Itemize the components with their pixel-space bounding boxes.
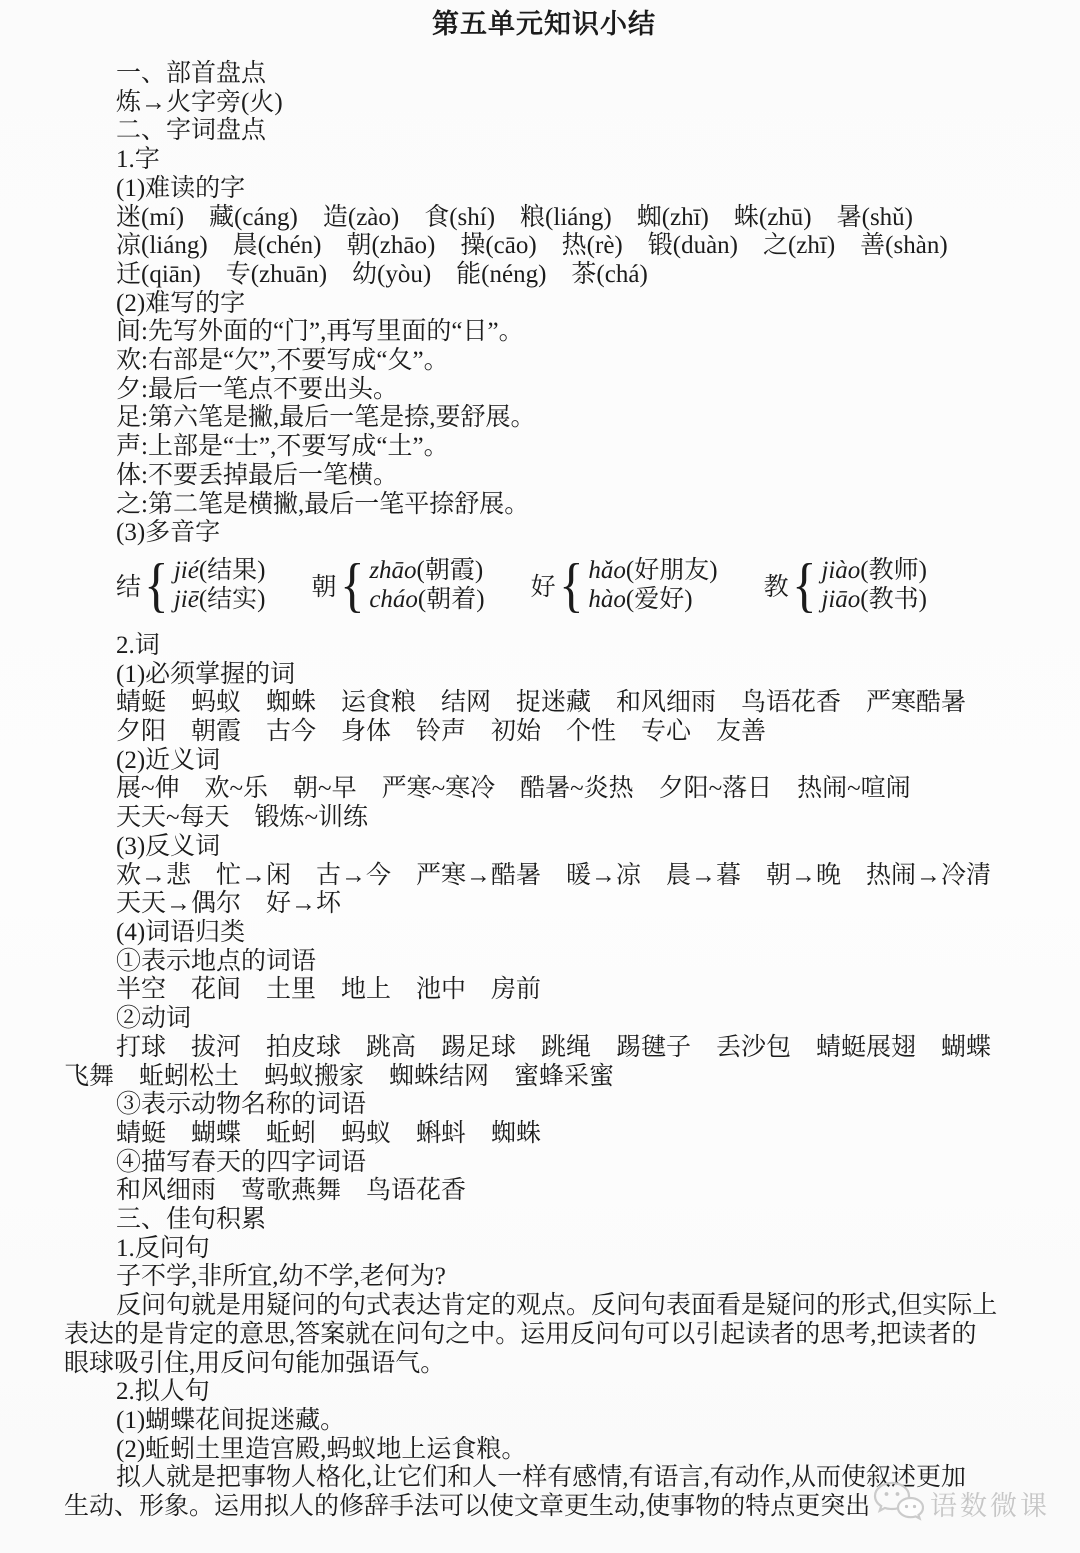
polyphonic-characters-block: 结 { jié(结果) jiē(结实) 朝 { zhāo(朝霞) cháo(朝着… bbox=[116, 556, 1024, 614]
heading-line: (1)必须掌握的词 bbox=[116, 661, 1024, 690]
heading-line: ②动词 bbox=[116, 1005, 1024, 1034]
pronunciation-entry: hǎo(好朋友) bbox=[588, 556, 717, 585]
word-list-line: 飞舞 蚯蚓松土 蚂蚁搬家 蜘蛛结网 蜜蜂采蜜 bbox=[64, 1063, 1024, 1092]
pinyin: hǎo bbox=[588, 557, 626, 584]
pronunciation-entry: jié(结果) bbox=[174, 556, 266, 585]
pronunciation-entry: jiào(教师) bbox=[821, 556, 927, 585]
example-word: (爱好) bbox=[626, 586, 693, 613]
example-word: (教师) bbox=[860, 557, 927, 584]
pinyin: jié bbox=[174, 557, 199, 584]
example-word: (结实) bbox=[199, 586, 266, 613]
heading-line: (3)反义词 bbox=[116, 833, 1024, 862]
pinyin: cháo bbox=[369, 586, 418, 613]
document-page: 第五单元知识小结 一、部首盘点 炼→火字旁(火) 二、字词盘点 1.字 (1)难… bbox=[0, 0, 1080, 1522]
brace-glyph: { bbox=[144, 556, 168, 614]
word-list-line: 展~伸 欢~乐 朝~早 严寒~寒冷 酷暑~炎热 夕阳~落日 热闹~喧闹 bbox=[116, 775, 1024, 804]
pinyin: hào bbox=[588, 586, 626, 613]
polyphonic-char: 结 bbox=[116, 567, 141, 603]
text-line: 之:第二笔是横撇,最后一笔平捺舒展。 bbox=[116, 491, 1024, 520]
polyphonic-char: 朝 bbox=[311, 567, 336, 603]
text-line: 炼→火字旁(火) bbox=[116, 89, 1024, 118]
word-list-line: 迁(qiān) 专(zhuān) 幼(yòu) 能(néng) 茶(chá) bbox=[116, 261, 1024, 290]
text-line: 眼球吸引住,用反问句能加强语气。 bbox=[64, 1350, 1024, 1379]
word-list-line: 迷(mí) 藏(cáng) 造(zào) 食(shí) 粮(liáng) 蜘(z… bbox=[116, 204, 1024, 233]
word-list-line: 半空 花间 土里 地上 池中 房前 bbox=[116, 976, 1024, 1005]
heading-line: 一、部首盘点 bbox=[116, 60, 1024, 89]
heading-line: 1.字 bbox=[116, 146, 1024, 175]
pronunciation-entry: jiāo(教书) bbox=[821, 585, 927, 614]
text-line: 声:上部是“士”,不要写成“土”。 bbox=[116, 433, 1024, 462]
word-list-line: 欢→悲 忙→闲 古→今 严寒→酷暑 暖→凉 晨→暮 朝→晚 热闹→冷清 bbox=[116, 862, 1024, 891]
pronunciation-entry: hào(爱好) bbox=[588, 585, 717, 614]
heading-line: ①表示地点的词语 bbox=[116, 948, 1024, 977]
pinyin: jiāo bbox=[821, 586, 860, 613]
example-word: (朝霞) bbox=[417, 557, 484, 584]
text-line: 夕:最后一笔点不要出头。 bbox=[116, 376, 1024, 405]
heading-line: 三、佳句积累 bbox=[116, 1206, 1024, 1235]
page-title: 第五单元知识小结 bbox=[64, 6, 1024, 42]
heading-line: 2.词 bbox=[116, 632, 1024, 661]
pronunciation-entry: jiē(结实) bbox=[174, 585, 266, 614]
text-line: 生动、形象。运用拟人的修辞手法可以使文章更生动,使事物的特点更突出 bbox=[64, 1493, 1024, 1522]
text-line: 表达的是肯定的意思,答案就在问句之中。运用反问句可以引起读者的思考,把读者的 bbox=[64, 1321, 1024, 1350]
word-list-line: 凉(liáng) 晨(chén) 朝(zhāo) 操(cāo) 热(rè) 锻(… bbox=[116, 232, 1024, 261]
example-word: (朝着) bbox=[418, 586, 485, 613]
word-list-line: 和风细雨 莺歌燕舞 鸟语花香 bbox=[116, 1177, 1024, 1206]
heading-line: 1.反问句 bbox=[116, 1235, 1024, 1264]
heading-line: (2)近义词 bbox=[116, 747, 1024, 776]
example-word: (结果) bbox=[199, 557, 266, 584]
text-line: 体:不要丢掉最后一笔横。 bbox=[116, 462, 1024, 491]
polyphonic-group: 朝 { zhāo(朝霞) cháo(朝着) bbox=[311, 556, 484, 614]
pronunciation-entry: zhāo(朝霞) bbox=[369, 556, 484, 585]
word-list-line: 蜻蜓 蚂蚁 蜘蛛 运食粮 结网 捉迷藏 和风细雨 鸟语花香 严寒酷暑 bbox=[116, 689, 1024, 718]
polyphonic-group: 好 { hǎo(好朋友) hào(爱好) bbox=[531, 556, 718, 614]
heading-line: (4)词语归类 bbox=[116, 919, 1024, 948]
brace-glyph: { bbox=[792, 556, 816, 614]
text-line: 欢:右部是“欠”,不要写成“夂”。 bbox=[116, 347, 1024, 376]
heading-line: (1)难读的字 bbox=[116, 175, 1024, 204]
pinyin: jiē bbox=[174, 586, 199, 613]
word-list-line: 夕阳 朝霞 古今 身体 铃声 初始 个性 专心 友善 bbox=[116, 718, 1024, 747]
polyphonic-group: 教 { jiào(教师) jiāo(教书) bbox=[764, 556, 927, 614]
heading-line: 2.拟人句 bbox=[116, 1378, 1024, 1407]
polyphonic-group: 结 { jié(结果) jiē(结实) bbox=[116, 556, 265, 614]
example-word: (教书) bbox=[860, 586, 927, 613]
word-list-line: 打球 拔河 拍皮球 跳高 踢足球 跳绳 踢毽子 丢沙包 蜻蜓展翅 蝴蝶 bbox=[116, 1034, 1024, 1063]
heading-line: (2)难写的字 bbox=[116, 290, 1024, 319]
word-list-line: 蜻蜓 蝴蝶 蚯蚓 蚂蚁 蝌蚪 蜘蛛 bbox=[116, 1120, 1024, 1149]
pinyin: zhāo bbox=[369, 557, 416, 584]
text-line: 子不学,非所宜,幼不学,老何为? bbox=[116, 1263, 1024, 1292]
text-line: 间:先写外面的“门”,再写里面的“日”。 bbox=[116, 318, 1024, 347]
text-line: 足:第六笔是撇,最后一笔是捺,要舒展。 bbox=[116, 404, 1024, 433]
brace-glyph: { bbox=[559, 556, 583, 614]
word-list-line: 天天~每天 锻炼~训练 bbox=[116, 804, 1024, 833]
text-line: 反问句就是用疑问的句式表达肯定的观点。反问句表面看是疑问的形式,但实际上 bbox=[116, 1292, 1024, 1321]
polyphonic-char: 教 bbox=[764, 567, 789, 603]
word-list-line: 天天→偶尔 好→坏 bbox=[116, 890, 1024, 919]
heading-line: (3)多音字 bbox=[116, 519, 1024, 548]
pronunciation-entry: cháo(朝着) bbox=[369, 585, 484, 614]
example-word: (好朋友) bbox=[626, 557, 718, 584]
text-line: 拟人就是把事物人格化,让它们和人一样有感情,有语言,有动作,从而使叙述更加 bbox=[116, 1464, 1024, 1493]
heading-line: ④描写春天的四字词语 bbox=[116, 1149, 1024, 1178]
text-line: (2)蚯蚓土里造宫殿,蚂蚁地上运食粮。 bbox=[116, 1436, 1024, 1465]
text-line: (1)蝴蝶花间捉迷藏。 bbox=[116, 1407, 1024, 1436]
polyphonic-char: 好 bbox=[531, 567, 556, 603]
pinyin: jiào bbox=[821, 557, 860, 584]
heading-line: ③表示动物名称的词语 bbox=[116, 1091, 1024, 1120]
heading-line: 二、字词盘点 bbox=[116, 117, 1024, 146]
brace-glyph: { bbox=[340, 556, 364, 614]
